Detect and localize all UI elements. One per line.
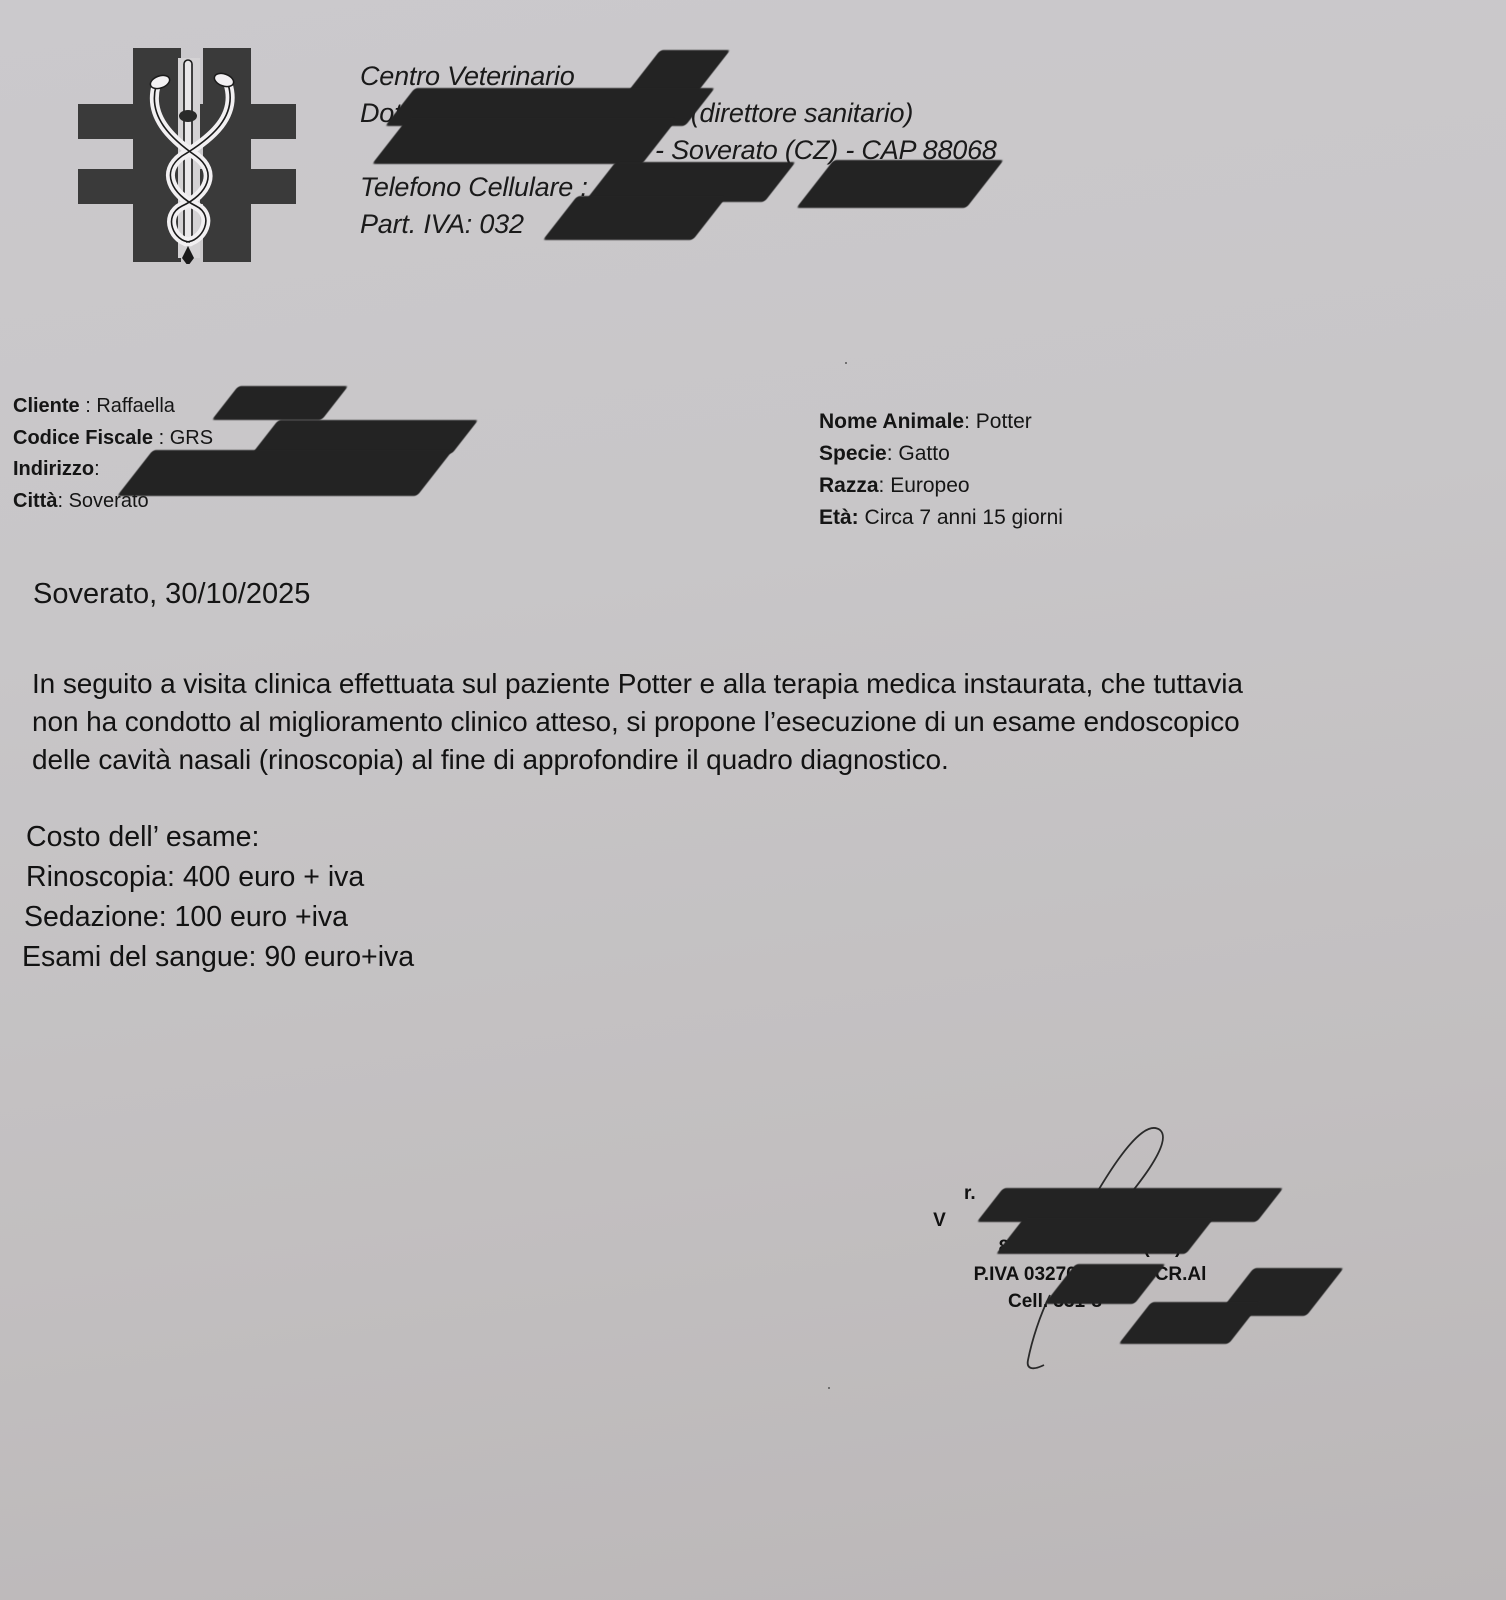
animal-age-row: Età: Circa 7 anni 15 giorni bbox=[819, 502, 1063, 534]
redaction-mark bbox=[252, 420, 479, 454]
letter-body: In seguito a visita clinica effettuata s… bbox=[32, 665, 1452, 779]
paper-speck bbox=[828, 1387, 830, 1389]
animal-name-row: Nome Animale: Potter bbox=[819, 406, 1063, 438]
cost-item-rinoscopia: Rinoscopia: 400 euro + iva bbox=[26, 857, 414, 897]
redaction-mark bbox=[996, 1218, 1214, 1254]
redaction-mark bbox=[372, 118, 678, 164]
redaction-mark bbox=[117, 450, 453, 496]
body-line: delle cavità nasali (rinoscopia) al fine… bbox=[32, 741, 1452, 779]
caduceus-cross-icon bbox=[78, 46, 300, 264]
cost-item-esami-sangue: Esami del sangue: 90 euro+iva bbox=[22, 937, 414, 977]
letter-date: Soverato, 30/10/2025 bbox=[33, 578, 310, 611]
body-line: non ha condotto al miglioramento clinico… bbox=[32, 703, 1452, 741]
cost-heading: Costo dell’ esame: bbox=[26, 817, 414, 857]
body-line: In seguito a visita clinica effettuata s… bbox=[32, 665, 1452, 703]
redaction-mark bbox=[212, 386, 349, 420]
client-name-row: Cliente : Raffaella bbox=[13, 391, 213, 423]
scanned-document-page: Centro Veterinario Dott(direttore sanita… bbox=[0, 0, 1506, 1600]
animal-breed-row: Razza: Europeo bbox=[819, 470, 1063, 502]
cost-list: Costo dell’ esame: Rinoscopia: 400 euro … bbox=[26, 817, 414, 977]
redaction-mark bbox=[977, 1188, 1284, 1222]
paper-speck bbox=[845, 362, 847, 364]
cost-item-sedazione: Sedazione: 100 euro +iva bbox=[24, 897, 414, 937]
patient-info: Nome Animale: Potter Specie: Gatto Razza… bbox=[819, 406, 1063, 534]
animal-species-row: Specie: Gatto bbox=[819, 438, 1063, 470]
